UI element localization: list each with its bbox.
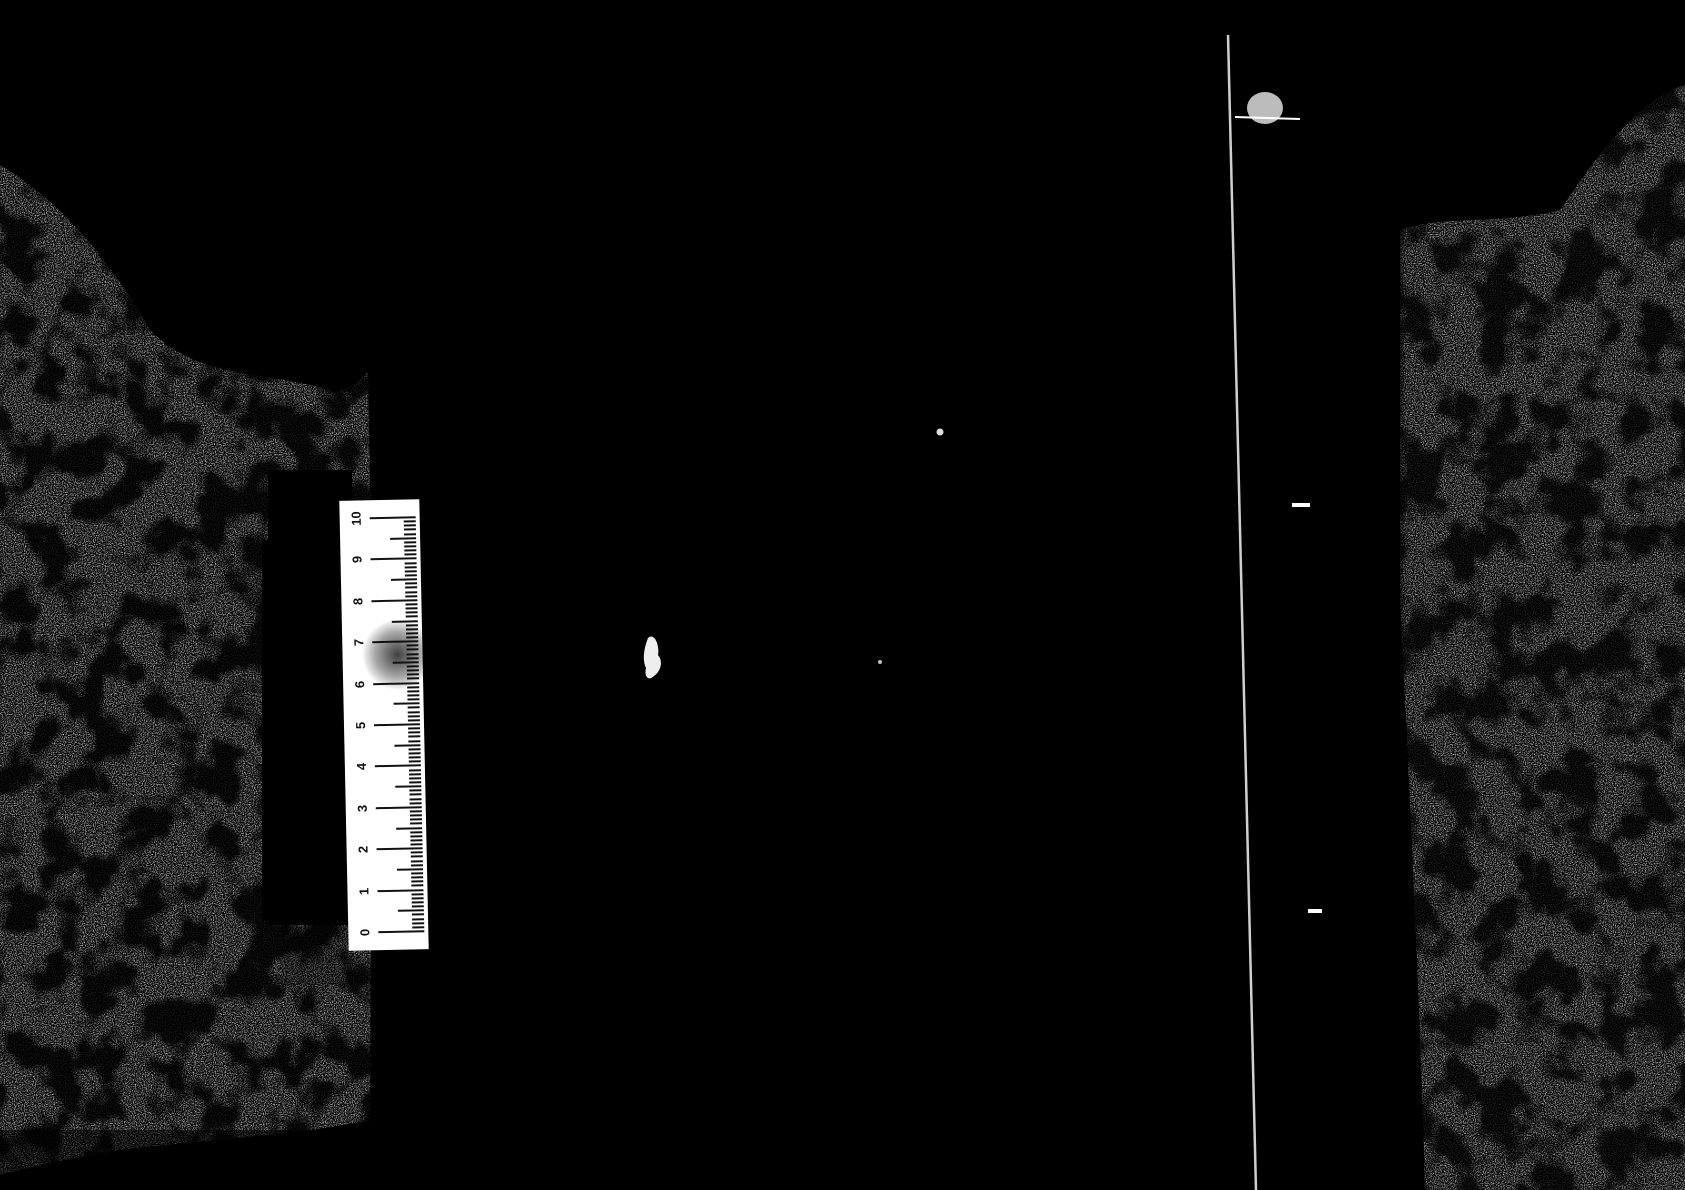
- vertical-line: [1228, 35, 1322, 1190]
- ruler-tick: [407, 657, 419, 659]
- ruler-tick: [408, 727, 420, 729]
- ruler-tick: [412, 901, 424, 903]
- ruler-tick: [412, 926, 424, 928]
- ruler-tick: [407, 698, 419, 700]
- ruler-tick: [411, 872, 423, 874]
- ruler-tick: [375, 765, 421, 768]
- scale-ruler: 012345678910: [339, 499, 428, 951]
- ruler-tick: [409, 769, 421, 771]
- ruler-tick: [411, 881, 423, 883]
- bright-speck: [937, 429, 944, 436]
- ruler-label: 5: [354, 714, 368, 736]
- ruler-tick: [406, 611, 418, 613]
- ruler-tick: [410, 823, 422, 825]
- ruler-label: 10: [349, 507, 363, 529]
- ruler-tick: [409, 777, 421, 779]
- ruler-tick: [411, 885, 423, 887]
- ruler-tick: [410, 802, 422, 804]
- bright-fragment: [644, 636, 661, 678]
- ruler-tick: [409, 773, 421, 775]
- ruler-tick: [407, 674, 419, 676]
- ruler-tick: [406, 636, 418, 638]
- ruler-tick: [408, 732, 420, 734]
- ruler-tick: [406, 628, 418, 630]
- ruler-label: 2: [356, 838, 370, 860]
- ruler-tick: [406, 607, 418, 609]
- ruler-tick: [411, 856, 423, 858]
- ruler-tick: [370, 516, 416, 519]
- right-bright-region: [1395, 0, 1685, 1190]
- ruler-tick: [410, 839, 422, 841]
- ruler-tick: [405, 570, 417, 572]
- ruler-tick: [405, 583, 417, 585]
- ruler-tick: [377, 889, 423, 892]
- ruler-label: 8: [351, 590, 365, 612]
- ruler-label: 6: [353, 673, 367, 695]
- ruler-tick: [396, 827, 422, 830]
- ruler-tick: [394, 744, 420, 747]
- dark-block: [262, 470, 352, 985]
- ruler-tick: [411, 864, 423, 866]
- ruler-tick: [412, 918, 424, 920]
- ruler-tick: [407, 690, 419, 692]
- ruler-tick: [405, 603, 417, 605]
- ruler-tick: [409, 781, 421, 783]
- ruler-tick: [404, 529, 416, 531]
- ruler-tick: [407, 686, 419, 688]
- ruler-tick: [405, 587, 417, 589]
- ruler-tick: [397, 868, 423, 871]
- ruler-tick: [406, 616, 418, 618]
- ruler-tick: [405, 574, 417, 576]
- ruler-tick: [394, 703, 420, 706]
- ruler-tick: [407, 669, 419, 671]
- ruler-tick: [412, 914, 424, 916]
- ruler-tick: [409, 756, 421, 758]
- ruler-tick: [408, 748, 420, 750]
- ruler-tick: [371, 599, 417, 602]
- ruler-tick: [374, 723, 420, 726]
- line-marker-top: [1235, 92, 1300, 124]
- ruler-label: 1: [357, 880, 371, 902]
- line-marker-middle: [1292, 503, 1310, 507]
- ruler-tick: [376, 806, 422, 809]
- ruler-tick: [408, 711, 420, 713]
- ruler-tick: [390, 537, 416, 540]
- ruler-tick: [407, 694, 419, 696]
- ruler-tick: [412, 897, 424, 899]
- ruler-tick: [410, 835, 422, 837]
- ruler-tick: [405, 591, 417, 593]
- ruler-tick: [409, 794, 421, 796]
- ruler-tick: [410, 818, 422, 820]
- ruler-tick: [406, 632, 418, 634]
- ruler-tick: [404, 545, 416, 547]
- ruler-tick: [392, 620, 418, 623]
- ruler-tick: [409, 752, 421, 754]
- ruler-tick: [410, 810, 422, 812]
- ruler-tick: [406, 645, 418, 647]
- ruler-tick: [395, 785, 421, 788]
- ruler-tick: [408, 715, 420, 717]
- ruler-tick: [408, 719, 420, 721]
- ruler-tick: [404, 533, 416, 535]
- ruler-tick: [404, 541, 416, 543]
- ruler-tick: [404, 549, 416, 551]
- ruler-tick: [377, 847, 423, 850]
- ruler-tick: [407, 665, 419, 667]
- ruler-tick: [411, 876, 423, 878]
- ruler-tick: [405, 566, 417, 568]
- ruler-tick: [412, 893, 424, 895]
- ruler-tick: [409, 760, 421, 762]
- ruler-tick: [412, 922, 424, 924]
- ruler-tick: [411, 852, 423, 854]
- line-marker-bottom: [1308, 909, 1322, 913]
- ruler-tick: [405, 562, 417, 564]
- ruler-tick: [378, 930, 424, 933]
- ruler-smudge: [362, 619, 433, 690]
- ruler-label: 3: [356, 797, 370, 819]
- ruler-tick: [371, 558, 417, 561]
- ruler-tick: [404, 525, 416, 527]
- ruler-tick: [398, 910, 424, 913]
- ruler-tick: [404, 554, 416, 556]
- ruler-tick: [405, 595, 417, 597]
- ruler-tick: [410, 798, 422, 800]
- ruler-tick: [406, 653, 418, 655]
- ruler-tick: [406, 624, 418, 626]
- ruler-tick: [391, 578, 417, 581]
- bright-speck-small: [878, 660, 882, 664]
- ruler-tick: [408, 707, 420, 709]
- ruler-tick: [407, 678, 419, 680]
- ruler-tick: [408, 740, 420, 742]
- ruler-tick: [404, 520, 416, 522]
- ruler-label: 9: [350, 549, 364, 571]
- ruler-label: 0: [358, 921, 372, 943]
- ruler-tick: [409, 789, 421, 791]
- ruler-tick: [410, 843, 422, 845]
- ruler-tick: [410, 814, 422, 816]
- ruler-tick: [408, 736, 420, 738]
- ruler-label: 4: [355, 756, 369, 778]
- ruler-tick: [410, 831, 422, 833]
- photo-scene: [0, 0, 1685, 1190]
- ruler-tick: [412, 905, 424, 907]
- ruler-tick: [411, 860, 423, 862]
- ruler-label: 7: [352, 632, 366, 654]
- ruler-tick: [406, 649, 418, 651]
